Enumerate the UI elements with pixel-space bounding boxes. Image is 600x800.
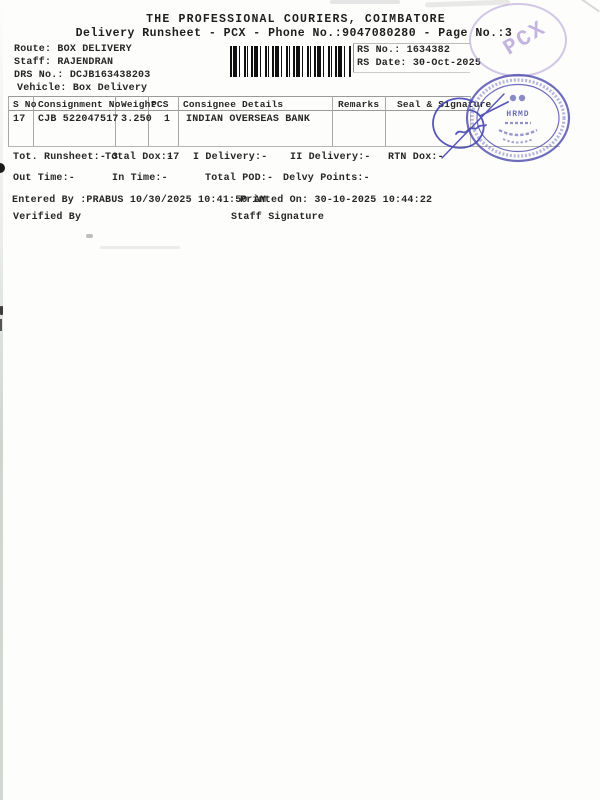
entered-by-text: Entered By :PRABUS 10/30/2025 10:41:50 A…	[12, 195, 266, 207]
scan-smudge	[330, 0, 400, 4]
col-header-consignment-no: Consignment No	[38, 99, 121, 111]
scan-blot	[0, 319, 2, 331]
runsheet-subtitle: Delivery Runsheet - PCX - Phone No.:9047…	[0, 27, 588, 40]
route-label: Route:	[14, 44, 51, 55]
total-runsheet-field: Tot. Runsheet:-3	[13, 152, 118, 164]
col-header-pcs: PCS	[151, 99, 169, 111]
scan-smudge	[86, 234, 93, 238]
cell-s-no: 17	[13, 114, 25, 126]
scan-blot	[0, 306, 3, 315]
verified-by-label: Verified By	[13, 212, 81, 224]
column-divider-consignee	[332, 96, 333, 146]
col-header-sno: S No	[13, 99, 37, 111]
total-runsheet-label: Tot. Runsheet:-	[13, 152, 106, 163]
col-header-remarks: Remarks	[338, 99, 379, 111]
drs-no-label: DRS No.:	[14, 70, 64, 81]
rs-barcode	[230, 46, 352, 77]
ii-delivery-label: II Delivery:-	[290, 152, 371, 164]
total-dox-value: 17	[167, 152, 179, 164]
stamp-script-squiggle	[499, 130, 537, 135]
cell-consignment-no: CJB 522047517	[38, 114, 119, 126]
table-top-border	[8, 96, 470, 97]
total-pod-label: Total POD:-	[205, 173, 273, 185]
scan-edge-strip	[0, 0, 3, 800]
stamp-ring-text-squiggle	[472, 80, 564, 156]
cell-weight: 3.250	[121, 114, 152, 126]
rs-no-value: 1634382	[407, 45, 450, 56]
scan-smudge	[574, 0, 600, 12]
rs-no-label: RS No.:	[357, 45, 400, 56]
column-divider-pcs	[178, 96, 179, 146]
cell-pcs: 1	[164, 114, 170, 126]
staff-signature-label: Staff Signature	[231, 212, 324, 224]
vehicle-value: Box Delivery	[73, 83, 147, 94]
printed-on-text: Printed On: 30-10-2025 10:44:22	[240, 195, 432, 207]
stamp-center-text: HRMD	[506, 110, 529, 119]
i-delivery-label: I Delivery:-	[193, 152, 267, 164]
runsheet-document: THE PROFESSIONAL COURIERS, COIMBATORE De…	[0, 0, 600, 800]
staff-field: Staff: RAJENDRAN	[14, 57, 113, 69]
rs-date-value: 30-Oct-2025	[413, 58, 481, 69]
route-field: Route: BOX DELIVERY	[14, 44, 132, 56]
rs-box-bottom-border	[353, 72, 470, 73]
stamp-emblem-icon	[519, 95, 525, 101]
col-header-seal-signature: Seal & Signature	[397, 99, 491, 111]
total-dox-label: Total Dox:-	[105, 152, 173, 164]
rs-box-top-border	[353, 43, 470, 44]
drs-no-value: DCJB163438203	[70, 70, 151, 81]
stamp-emblem-icon	[510, 95, 516, 101]
rtn-dox-label: RTN Dox:-	[388, 152, 444, 164]
vehicle-label: Vehicle:	[17, 83, 67, 94]
col-header-consignee-details: Consignee Details	[183, 99, 283, 111]
rs-box-left-border	[353, 44, 354, 73]
rs-date-field: RS Date: 30-Oct-2025	[357, 58, 481, 70]
cell-consignee: INDIAN OVERSEAS BANK	[186, 114, 310, 126]
scan-smudge	[100, 246, 180, 249]
company-title: THE PROFESSIONAL COURIERS, COIMBATORE	[0, 13, 592, 26]
staff-value: RAJENDRAN	[57, 57, 113, 68]
table-border-left	[8, 96, 9, 146]
out-time-label: Out Time:-	[13, 173, 75, 185]
column-divider-remarks	[385, 96, 386, 146]
in-time-label: In Time:-	[112, 173, 168, 185]
round-office-stamp: HRMD	[455, 72, 581, 166]
table-bottom-border	[8, 146, 560, 147]
delvy-points-label: Delvy Points:-	[283, 173, 370, 185]
vehicle-field: Vehicle: Box Delivery	[17, 83, 147, 95]
stamp-script-squiggle	[503, 139, 533, 143]
route-value: BOX DELIVERY	[57, 44, 131, 55]
scan-smudge	[425, 0, 510, 7]
rs-date-label: RS Date:	[357, 58, 407, 69]
punch-hole-mark	[0, 163, 5, 173]
staff-label: Staff:	[14, 57, 51, 68]
drs-no-field: DRS No.: DCJB163438203	[14, 70, 150, 82]
rs-no-field: RS No.: 1634382	[357, 45, 450, 57]
